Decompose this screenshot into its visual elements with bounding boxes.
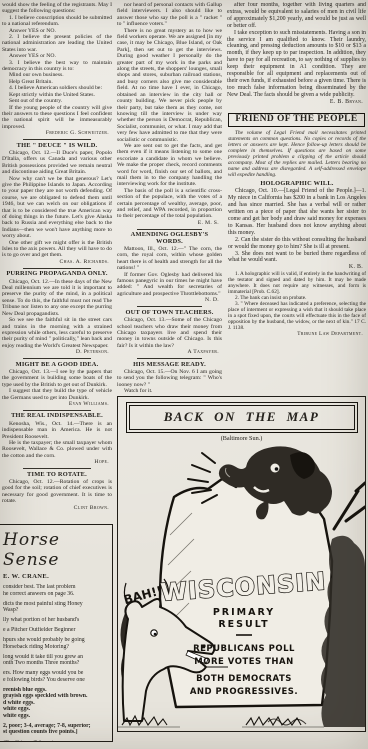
section-divider <box>23 268 91 269</box>
letter-paragraph: Chicago, Oct. 12.—Rotation of crops is g… <box>2 479 112 505</box>
tree-branches <box>334 483 365 529</box>
egg-options-list: reenish blue eggs.grayish eggs speckled … <box>3 687 108 720</box>
questionnaire-items: 1. I believe conscription should be subm… <box>2 15 112 130</box>
section-divider <box>137 306 202 307</box>
cartoon-title-box-inner: BACK ON THE MAP <box>129 405 355 430</box>
letter-paragraph: If former Gov. Oglesby had delivered his… <box>117 272 222 298</box>
letter-paragraph: So we see the faithful sit in the street… <box>2 317 112 349</box>
letter-deuce-is-wild: THE " DEUCE " IS WILD. Chicago, Oct. 12.… <box>2 143 112 266</box>
question-paragraph: Chicago, Oct. 10.—[Legal Friend of the P… <box>228 188 366 236</box>
sign-line-republicans: REPUBLICANS POLL <box>193 644 295 654</box>
answer-body: 1. A holographic will is valid, if entir… <box>228 271 366 331</box>
letter-gallup-interviewer: nor heard of personal contacts with Gall… <box>117 2 222 226</box>
quiz-block: long would it take till you grew anonth … <box>3 654 108 667</box>
cartoon-credit: (Baltimore Sun.) <box>118 435 365 442</box>
letter-signature: Clint Brown. <box>2 505 112 511</box>
answer-paragraph: 3. " Where deceased has indicated a pref… <box>228 301 366 331</box>
newspaper-page: would show the feeling of the registrant… <box>0 0 368 749</box>
letter-amending-oglesby: AMENDING OGLESBY'S WORDS. Mattoon, Ill.,… <box>117 232 222 303</box>
section-divider <box>137 358 202 359</box>
quiz-line: e following birds? You deserve one <box>3 677 108 684</box>
letter-paragraph: I suggest that they build the type of ve… <box>2 388 112 401</box>
questionnaire-item: 1. I believe conscription should be subm… <box>2 15 112 28</box>
letter-paragraph: Watch for it. <box>117 388 222 394</box>
letter-signature: Chas. A. Richards. <box>2 259 112 265</box>
quiz-block: hpurs she would probably be goingHorseba… <box>3 637 108 650</box>
quiz-line: Horseback riding Motoring? <box>3 644 108 651</box>
letter-signature: D. Peterson. <box>2 349 112 355</box>
letter-real-indispensable: THE REAL INDISPENSABLE. Kenosha, Wis., O… <box>2 413 112 465</box>
letter-headline: THE REAL INDISPENSABLE. <box>2 413 112 419</box>
letter-body: after four months, together with living … <box>227 2 366 99</box>
letter-paragraph: Chicago, Oct. 13.—I see by the papers th… <box>2 369 112 388</box>
cartoon-title-box: BACK ON THE MAP <box>126 402 358 433</box>
column-left: would show the feeling of the registrant… <box>2 2 112 522</box>
letter-good-idea: MIGHT BE A GOOD IDEA. Chicago, Oct. 13.—… <box>2 362 112 408</box>
letter-body: Chicago, Oct. 13.—I see by the papers th… <box>2 369 112 401</box>
questionnaire-item: 3. I believe the best way to maintain de… <box>2 60 112 73</box>
donkey-eye <box>151 630 157 636</box>
letter-paragraph: Now why can't we be that generous? Let's… <box>2 176 112 240</box>
letter-paragraph: Chicago, Oct. 15.—On Nov. 6 I am going t… <box>117 369 222 388</box>
cartoon-drawing: BAH!! WISCONSIN PRIMARY RESULT REPUBLICA… <box>118 443 365 731</box>
letter-paragraph: Chicago, Oct. 13.—Some of the Chicago sc… <box>117 317 222 349</box>
section-divider <box>23 468 91 469</box>
letter-body: Chicago, Oct. 13.—Some of the Chicago sc… <box>117 317 222 349</box>
scoring-note: 2, poor; 3-4, average; 7-8, superior;st … <box>3 723 108 736</box>
letter-signature: A Taxpayer. <box>117 349 222 355</box>
horse-sense-title: Horse Sense <box>3 530 108 570</box>
quiz-block: lly what portion of her husband's <box>3 617 108 624</box>
answer-paragraph: 1. A holographic will is valid, if entir… <box>228 271 366 295</box>
law-department-attribution: Tribune Law Department. <box>228 331 366 338</box>
letter-paragraph: Kenosha, Wis., Oct. 14.—There is an indi… <box>2 421 112 440</box>
question-paragraph: 3. She does not want to be buried there … <box>228 251 366 265</box>
section-divider <box>23 410 91 411</box>
questionnaire-item: 4. I believe American soldiers should be… <box>2 85 112 91</box>
questionnaire-item: If the young people of the country will … <box>2 105 112 131</box>
letter-paragraph: There is no great mystery as to how we f… <box>117 28 222 143</box>
letter-body: Mattoon, Ill., Oct. 12.—" The corn, the … <box>117 246 222 297</box>
quiz-line: Wasp? <box>3 607 108 614</box>
letter-body: Chicago, Oct. 12.—In these days of the N… <box>2 279 112 349</box>
section-divider <box>137 229 202 230</box>
letter-paragraph: We are sent out to get the facts, and ge… <box>117 143 222 188</box>
quiz-line: lly what portion of her husband's <box>3 617 108 624</box>
letter-paragraph: Chicago, Oct. 12.—In these days of the N… <box>2 279 112 317</box>
letter-headline: HIS MESSAGE READY. <box>117 362 222 368</box>
sign-line-progressives: AND PROGRESSIVES. <box>190 687 298 697</box>
letter-paragraph: after four months, together with living … <box>227 2 366 30</box>
sign-line-result: RESULT <box>218 619 269 630</box>
quiz-block: e a Pitcher Outfielder Beginner <box>3 627 108 634</box>
friend-of-the-people-header: FRIEND OF THE PEOPLE <box>228 113 365 127</box>
letter-time-to-rotate: TIME TO ROTATE. Chicago, Oct. 12.—Rotati… <box>2 472 112 511</box>
letter-paragraph: One other gift we might offer is the Bri… <box>2 240 112 259</box>
letter-paragraph: Mattoon, Ill., Oct. 12.—" The corn, the … <box>117 246 222 272</box>
holographic-will-headline: HOLOGRAPHIC WILL. <box>228 181 366 188</box>
cartoon-title: BACK ON THE MAP <box>164 409 320 424</box>
letter-body: Chicago, Oct. 15.—On Nov. 6 I am going t… <box>117 369 222 394</box>
section-divider <box>23 358 91 359</box>
letter-his-message-ready: HIS MESSAGE READY. Chicago, Oct. 15.—On … <box>117 362 222 394</box>
column-middle: nor heard of personal contacts with Gall… <box>117 2 222 394</box>
letter-body: Kenosha, Wis., Oct. 14.—There is an indi… <box>2 421 112 459</box>
question-body: Chicago, Oct. 10.—[Legal Friend of the P… <box>228 188 366 264</box>
letter-signature: E. M. S. <box>117 220 222 226</box>
letter-signature: E. B. Bryan. <box>227 99 366 106</box>
letter-signature: Hope. <box>2 459 112 465</box>
letter-signature: Evan Williams. <box>2 401 112 407</box>
quiz-block: dicts the most painful sting HoneyWasp? <box>3 601 108 614</box>
letter-headline: THE " DEUCE " IS WILD. <box>2 143 112 149</box>
letter-body: nor heard of personal contacts with Gall… <box>117 2 222 220</box>
letter-headline: OUT OF TOWN TEACHERS. <box>117 310 222 316</box>
scoring-line: st question counts five points.] <box>3 729 108 736</box>
friend-disclaimer: The volume of Legal Friend mail necessit… <box>228 130 366 178</box>
letter-draft-questionnaire: would show the feeling of the registrant… <box>2 2 112 137</box>
column-right: after four months, together with living … <box>227 2 366 395</box>
letter-paragraph: The basis of the poll is a scientific cr… <box>117 188 222 220</box>
letter-headline: AMENDING OGLESBY'S WORDS. <box>117 232 222 245</box>
horse-sense-byline: E. W. CRANE. <box>3 573 108 580</box>
letter-text: would show the feeling of the registrant… <box>2 2 112 15</box>
letter-signature: N. D. <box>117 297 222 303</box>
quiz-line: onth Two months Three months? <box>3 660 108 667</box>
questionnaire-item: 2. I believe the present policies of the… <box>2 34 112 53</box>
letter-body: Chicago, Oct. 12.—Il Duce's paper, Popol… <box>2 150 112 259</box>
letter-out-of-town-teachers: OUT OF TOWN TEACHERS. Chicago, Oct. 13.—… <box>117 310 222 356</box>
friend-of-the-people-feature: FRIEND OF THE PEOPLE The volume of Legal… <box>227 113 366 339</box>
letter-paragraph: Chicago, Oct. 12.—Il Duce's paper, Popol… <box>2 150 112 176</box>
friend-of-the-people-title: FRIEND OF THE PEOPLE <box>235 114 357 124</box>
horse-sense-credit: (The Chicago Tribune.) <box>3 740 108 743</box>
quiz-block: consider best. The last problemhe correc… <box>3 584 108 597</box>
section-divider <box>23 139 91 140</box>
egg-option-line: white eggs. <box>3 713 108 720</box>
sign-line-primary: PRIMARY <box>213 607 275 618</box>
letter-paragraph: nor heard of personal contacts with Gall… <box>117 2 222 28</box>
quiz-line: e a Pitcher Outfielder Beginner <box>3 627 108 634</box>
elephant-eye <box>271 464 280 473</box>
question-paragraph: 2. Can the sister do this without consul… <box>228 237 366 251</box>
letter-paragraph: He is the taxpayer; the small taxpayer w… <box>2 440 112 459</box>
letter-paragraph: I take exception to such misstatements. … <box>227 30 366 99</box>
letter-headline: MIGHT BE A GOOD IDEA. <box>2 362 112 368</box>
sign-line-more-votes: MORE VOTES THAN <box>194 657 293 667</box>
letter-headline: PURRING PROPAGANDA ONLY. <box>2 271 112 277</box>
horse-sense-feature: Horse Sense E. W. CRANE. consider best. … <box>0 524 113 742</box>
letter-headline: TIME TO ROTATE. <box>2 472 112 478</box>
quiz-line: he correct answers on page 36. <box>3 591 108 598</box>
editorial-cartoon: BACK ON THE MAP (Baltimore Sun.) <box>117 396 366 732</box>
letter-signature: Frederic G. Schweitzer. <box>2 130 112 136</box>
sign-line-both-democrats: BOTH DEMOCRATS <box>196 674 292 684</box>
letter-soldier-pay: after four months, together with living … <box>227 2 366 106</box>
quiz-block: ers. How many eggs would you bee followi… <box>3 670 108 683</box>
letter-body: Chicago, Oct. 12.—Rotation of crops is g… <box>2 479 112 505</box>
letter-purring-propaganda: PURRING PROPAGANDA ONLY. Chicago, Oct. 1… <box>2 271 112 355</box>
